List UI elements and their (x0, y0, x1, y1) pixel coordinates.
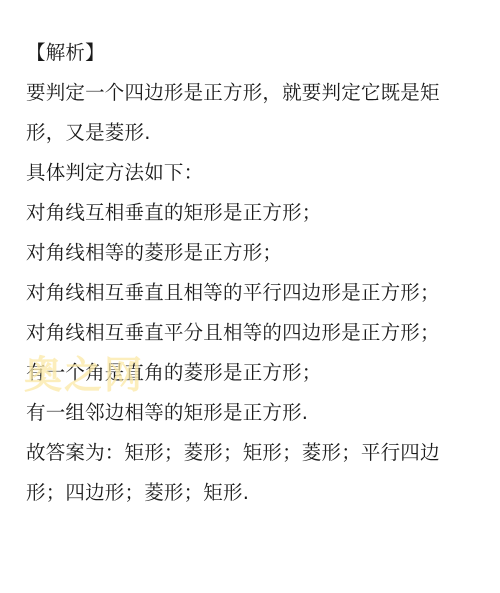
answer-line: 形；四边形；菱形；矩形. (26, 473, 486, 513)
text-line: 具体判定方法如下： (26, 153, 486, 193)
answer-line: 故答案为：矩形；菱形；矩形；菱形；平行四边 (26, 433, 486, 473)
text-line: 要判定一个四边形是正方形，就要判定它既是矩 (26, 73, 486, 113)
analysis-document: 【解析】 要判定一个四边形是正方形，就要判定它既是矩 形，又是菱形. 具体判定方… (26, 33, 486, 513)
text-line: 有一组邻边相等的矩形是正方形. (26, 393, 486, 433)
text-line: 对角线相互垂直且相等的平行四边形是正方形； (26, 273, 486, 313)
text-line: 对角线相等的菱形是正方形； (26, 233, 486, 273)
watermark: 奥之网 (24, 355, 144, 395)
text-line: 形，又是菱形. (26, 113, 486, 153)
text-line: 对角线相互垂直平分且相等的四边形是正方形； (26, 313, 486, 353)
text-line: 对角线互相垂直的矩形是正方形； (26, 193, 486, 233)
section-heading: 【解析】 (26, 33, 486, 73)
